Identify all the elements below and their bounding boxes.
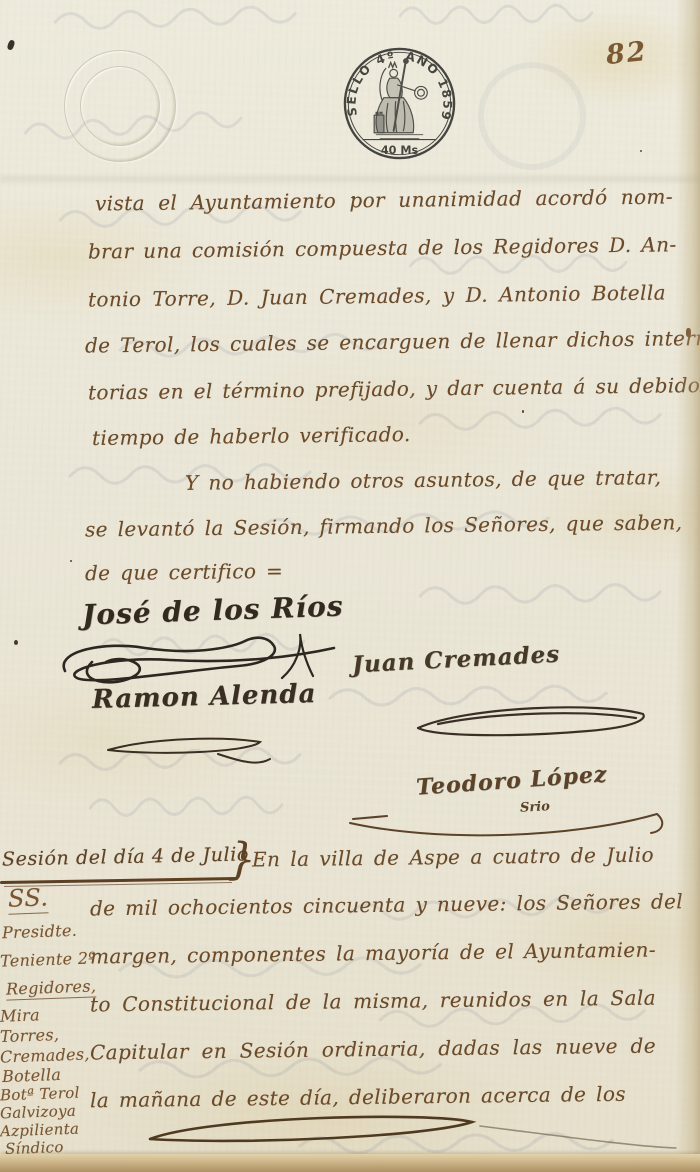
ink-speck [640,150,642,152]
margin-note-presidente: Presidte. [2,921,78,943]
bottom-flourish [130,1106,690,1161]
signature-rubric [100,728,275,773]
manuscript-page: SELLO 4º AÑO 1859. 40 Ms [0,0,700,1172]
margin-note-attendee: Botella [2,1065,62,1086]
signature-rubric [345,795,675,850]
ink-speck [14,640,18,645]
manuscript-line: tiempo de haberlo verificado. [92,422,411,450]
margin-note-regidores: Regidores, [6,976,97,1000]
margin-note-attendee: Cremades, [0,1044,90,1066]
embossed-seal-inner-ring [80,66,160,146]
manuscript-line: En la villa de Aspe a cuatro de Julio [252,843,654,872]
margin-note-attendee: Azpilienta [0,1120,80,1141]
seal-show-through [478,62,586,170]
margin-note-attendee: Torres, [0,1025,60,1046]
manuscript-line: de que certifico = [85,559,284,585]
signature-ramon-alenda: Ramon Alenda [92,679,317,715]
margin-note-ss: SS. [8,883,49,914]
stamp-text-denomination: 40 Ms [381,144,419,157]
next-page-edge [0,1154,700,1172]
signature-rubric [408,698,658,748]
folio-number: 82 [604,36,649,71]
ink-speck [70,560,72,562]
page-right-edge [676,0,700,1172]
ink-speck [522,410,524,413]
margin-note-teniente: Teniente 2º [0,948,96,970]
stamp-allegory-figure [374,59,427,139]
margin-note-attendee: Mira [0,1005,40,1025]
fold-shadow [0,176,700,182]
revenue-stamp: SELLO 4º AÑO 1859. 40 Ms [341,45,458,162]
